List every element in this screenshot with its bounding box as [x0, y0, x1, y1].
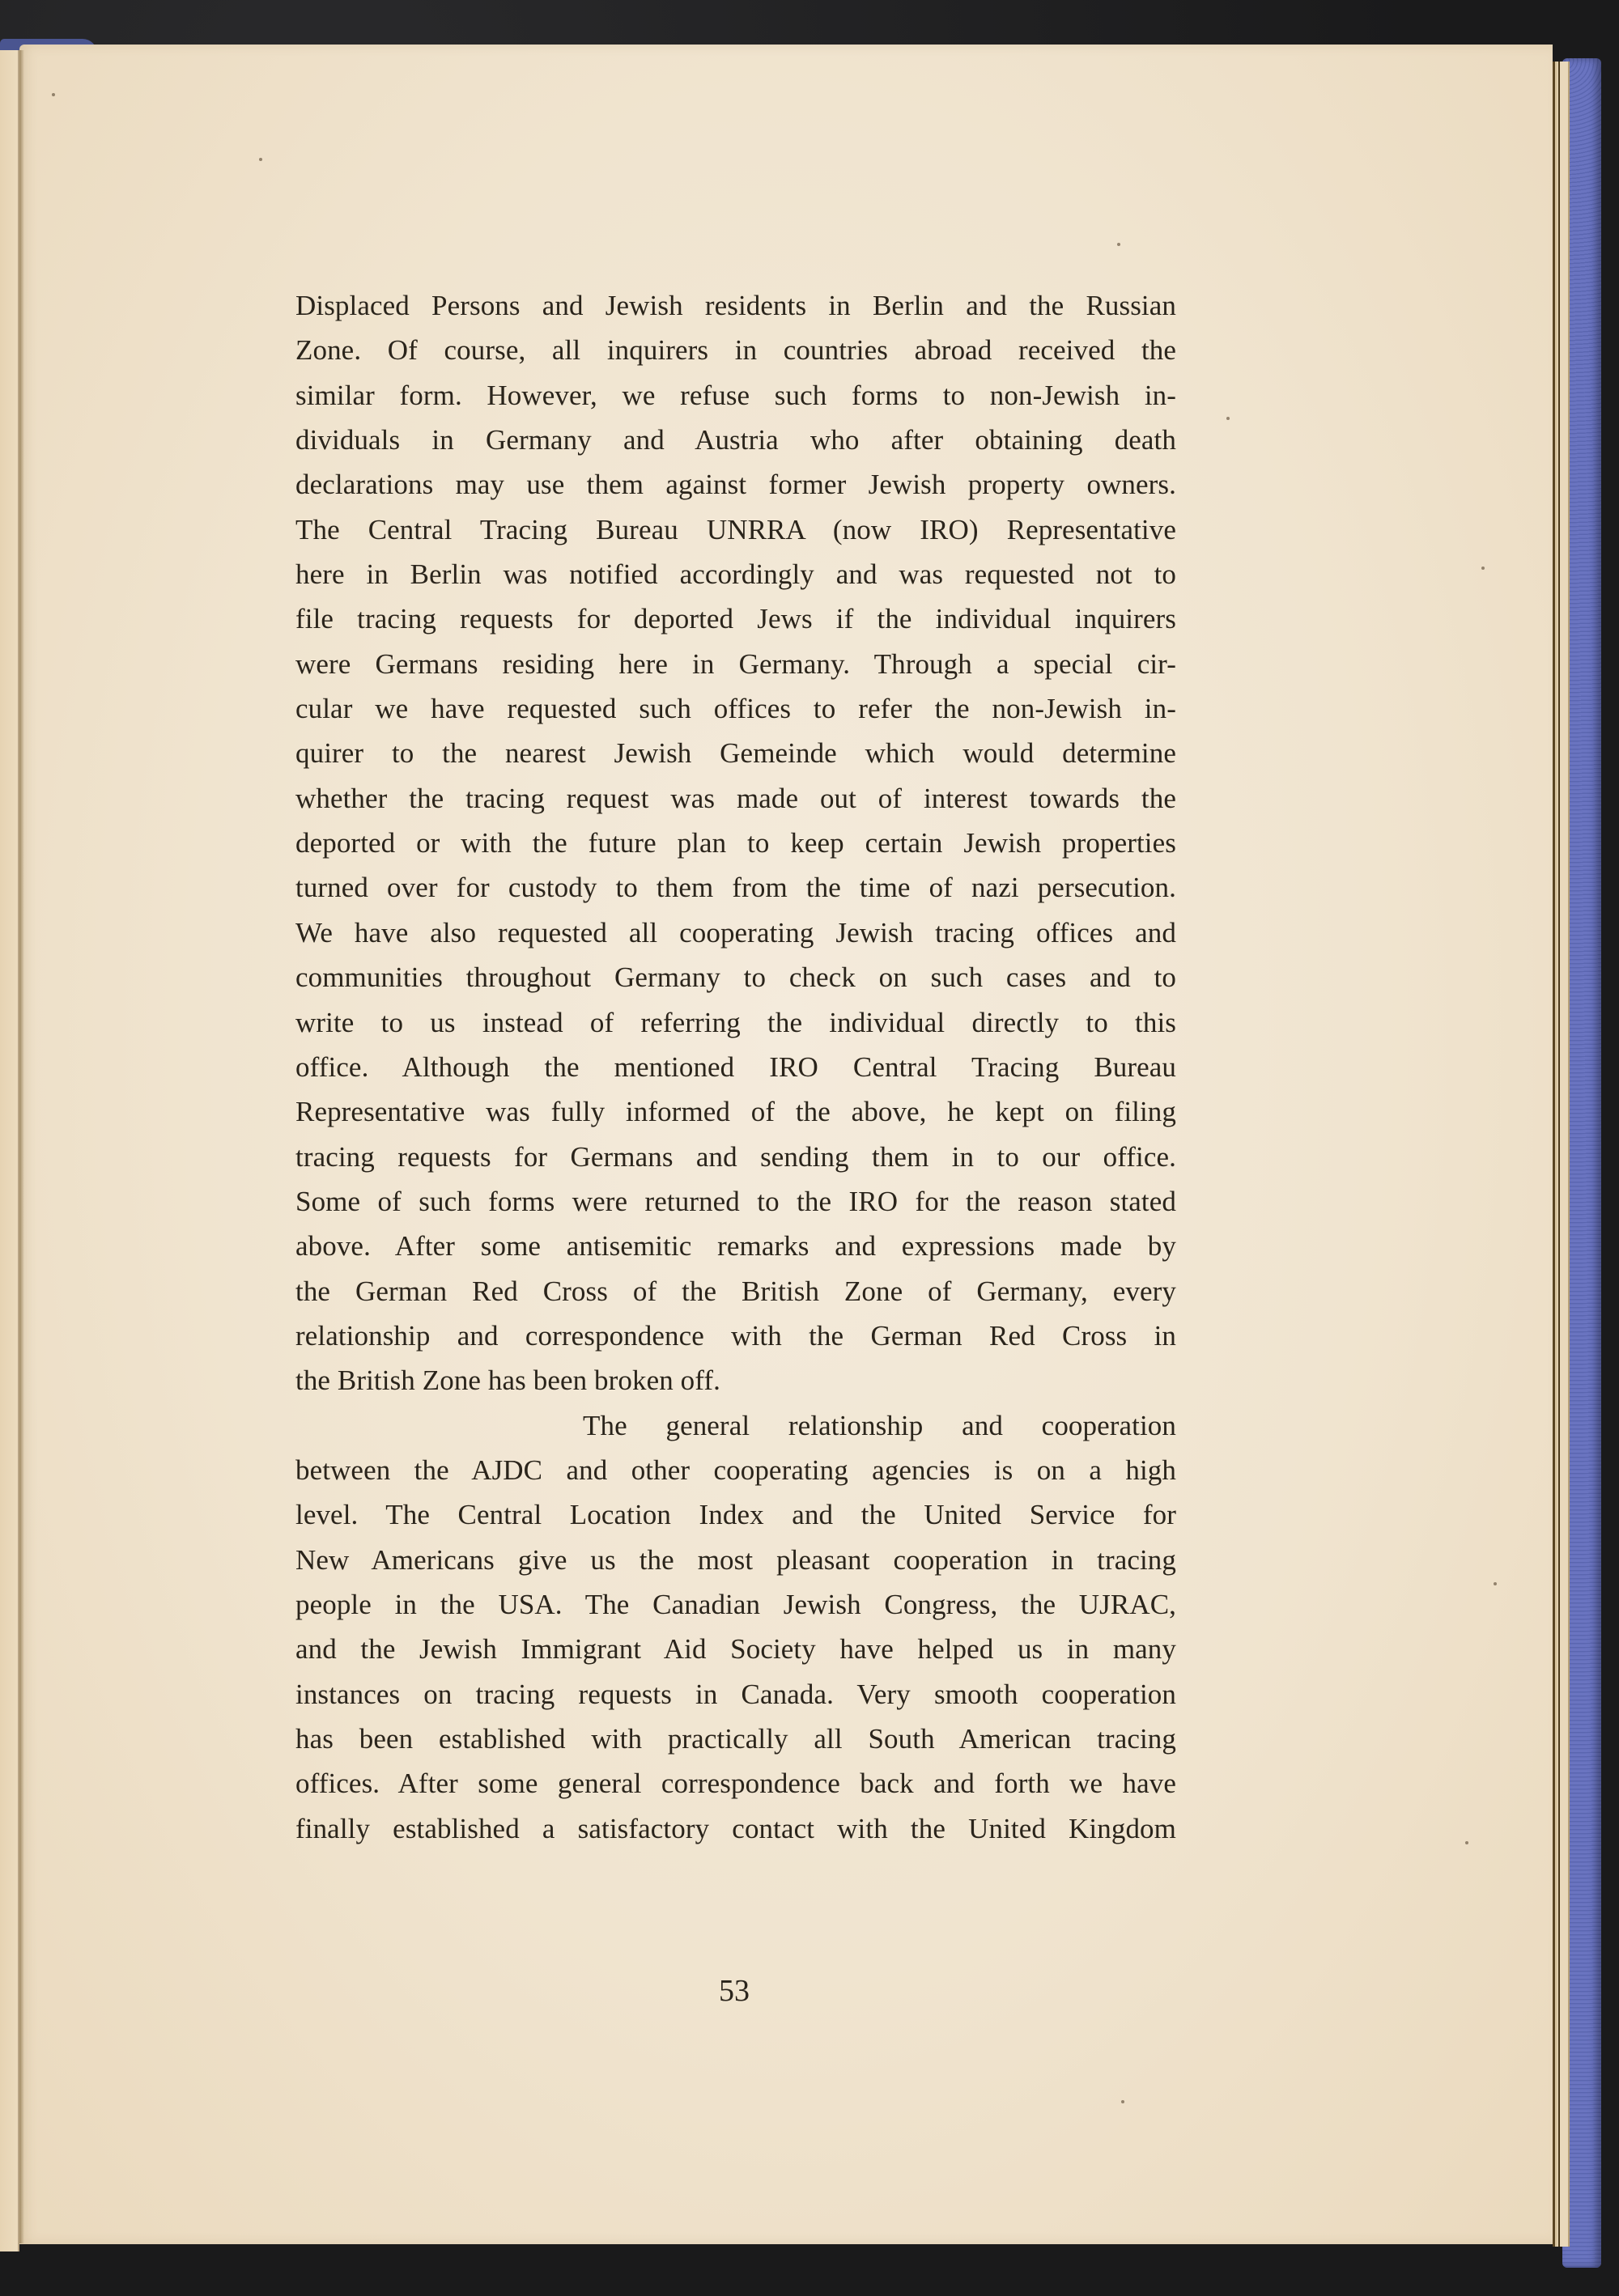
text-line: write to us instead of referring the ind… — [295, 1000, 1176, 1045]
text-line: relationship and correspondence with the… — [295, 1314, 1176, 1358]
text-line: the British Zone has been broken off. — [295, 1358, 1176, 1403]
text-line: declarations may use them against former… — [295, 462, 1176, 507]
page-edge-line — [1558, 62, 1560, 2247]
text-line: dividuals in Germany and Austria who aft… — [295, 418, 1176, 462]
text-line: whether the tracing request was made out… — [295, 776, 1176, 821]
text-line: offices. After some general corresponden… — [295, 1761, 1176, 1806]
text-line: here in Berlin was notified accordingly … — [295, 552, 1176, 596]
text-line: were Germans residing here in Germany. T… — [295, 642, 1176, 686]
text-line-indented: The general relationship and cooperation — [295, 1403, 1176, 1448]
text-line: instances on tracing requests in Canada.… — [295, 1672, 1176, 1717]
paper-speck — [259, 158, 262, 161]
paper-speck — [1226, 417, 1230, 420]
text-line: above. After some antisemitic remarks an… — [295, 1224, 1176, 1268]
text-line: tracing requests for Germans and sending… — [295, 1135, 1176, 1179]
body-text: Displaced Persons and Jewish residents i… — [295, 283, 1176, 1851]
text-line: cular we have requested such offices to … — [295, 686, 1176, 731]
text-line: has been established with practically al… — [295, 1717, 1176, 1761]
text-line: The Central Tracing Bureau UNRRA (now IR… — [295, 507, 1176, 552]
text-line: the German Red Cross of the British Zone… — [295, 1269, 1176, 1314]
page-edge-stack — [1553, 62, 1570, 2247]
left-page-edge — [0, 50, 19, 2251]
paper-speck — [1117, 243, 1120, 246]
paper-speck — [1121, 2100, 1124, 2103]
paper-speck — [52, 93, 55, 96]
text-line: between the AJDC and other cooperating a… — [295, 1448, 1176, 1492]
paragraph-2: The general relationship and cooperation… — [295, 1403, 1176, 1851]
text-line: communities throughout Germany to check … — [295, 955, 1176, 999]
text-line: We have also requested all cooperating J… — [295, 910, 1176, 955]
text-line: quirer to the nearest Jewish Gemeinde wh… — [295, 731, 1176, 775]
text-line: finally established a satisfactory conta… — [295, 1806, 1176, 1851]
page-number: 53 — [719, 1973, 750, 2009]
text-line: New Americans give us the most pleasant … — [295, 1538, 1176, 1582]
text-line: Displaced Persons and Jewish residents i… — [295, 283, 1176, 328]
text-line: and the Jewish Immigrant Aid Society hav… — [295, 1627, 1176, 1671]
text-line: file tracing requests for deported Jews … — [295, 596, 1176, 641]
text-line: similar form. However, we refuse such fo… — [295, 373, 1176, 418]
paper-speck — [1481, 567, 1485, 570]
paragraph-1: Displaced Persons and Jewish residents i… — [295, 283, 1176, 1403]
text-line: Zone. Of course, all inquirers in countr… — [295, 328, 1176, 372]
paper-speck — [1465, 1841, 1468, 1844]
text-line: deported or with the future plan to keep… — [295, 821, 1176, 865]
paper-speck — [1494, 1582, 1497, 1585]
text-line: people in the USA. The Canadian Jewish C… — [295, 1582, 1176, 1627]
text-line: turned over for custody to them from the… — [295, 865, 1176, 910]
text-line: level. The Central Location Index and th… — [295, 1492, 1176, 1537]
text-line: Some of such forms were returned to the … — [295, 1179, 1176, 1224]
gutter-shadow — [19, 50, 24, 2243]
text-line: office. Although the mentioned IRO Centr… — [295, 1045, 1176, 1089]
text-line: Representative was fully informed of the… — [295, 1089, 1176, 1134]
